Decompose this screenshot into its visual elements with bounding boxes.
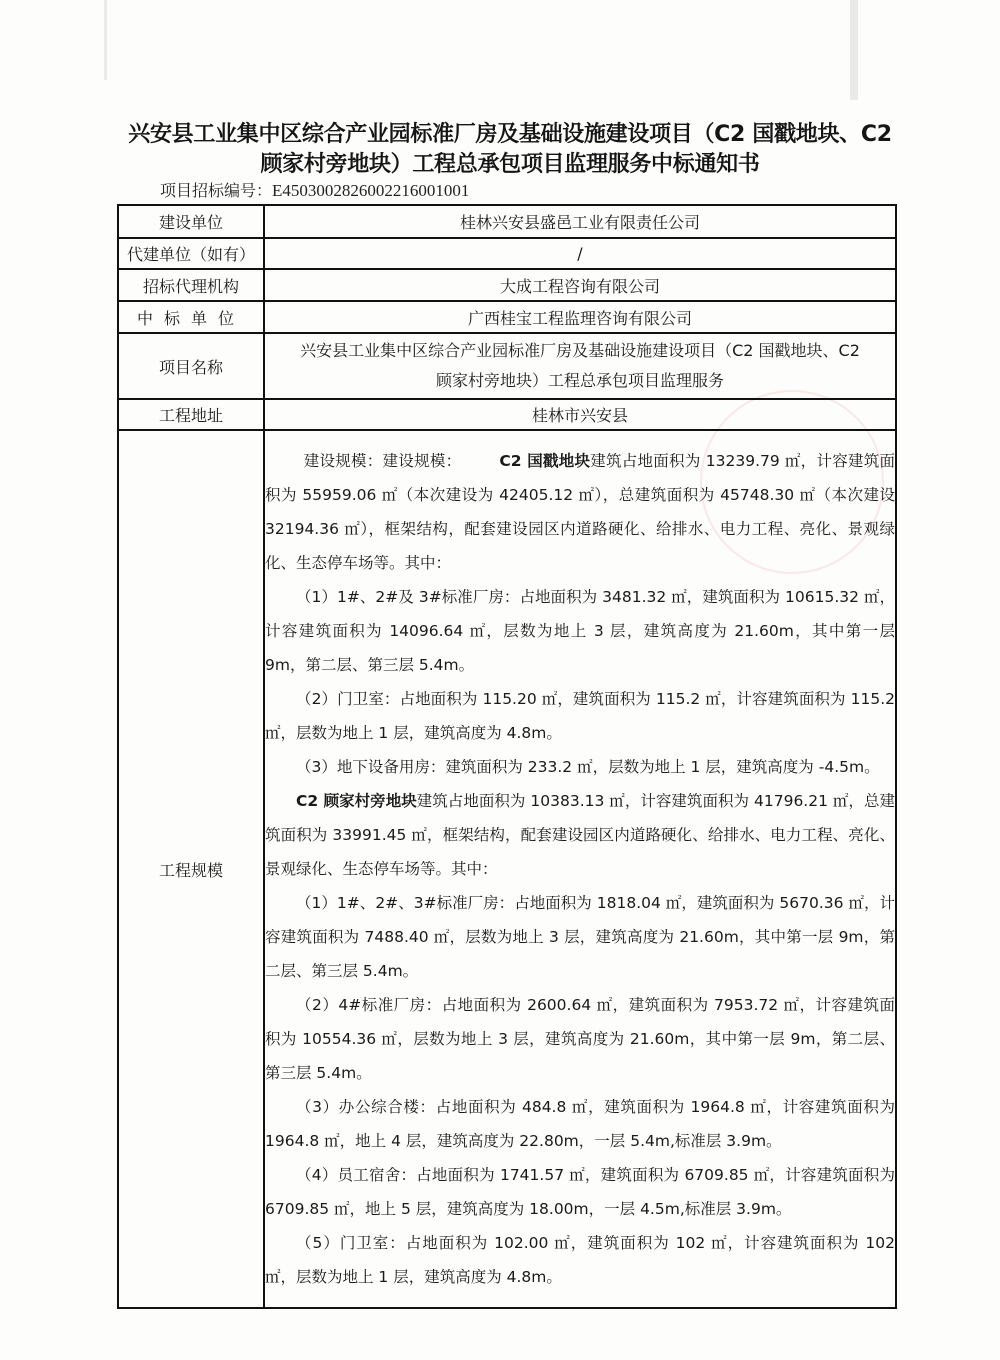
title-line-2: 顾家村旁地块）工程总承包项目监理服务中标通知书 [120,150,900,180]
scale-item: （2）门卫室：占地面积为 115.20 ㎡，建筑面积为 115.2 ㎡，计容建筑… [265,682,895,750]
table-row-scale: 工程规模 建设规模：建设规模：C2 国戳地块建筑占地面积为 13239.79 ㎡… [118,430,896,1308]
scan-artifact [850,0,858,100]
block-title: C2 顾家村旁地块 [296,792,417,810]
row-label: 代建单位（如有） [118,238,264,269]
row-label: 工程地址 [118,399,264,430]
scale-item: （2）4#标准厂房：占地面积为 2600.64 ㎡，建筑面积为 7953.72 … [265,988,895,1090]
table-row: 中标单位 广西桂宝工程监理咨询有限公司 [118,301,896,333]
row-value: 桂林市兴安县 [264,399,896,430]
row-value: 桂林兴安县盛邑工业有限责任公司 [264,205,896,238]
table-row: 项目名称 兴安县工业集中区综合产业园标准厂房及基础设施建设项目（C2 国戳地块、… [118,333,896,399]
award-notice-table: 建设单位 桂林兴安县盛邑工业有限责任公司 代建单位（如有） / 招标代理机构 大… [117,204,897,1309]
title-line-1: 兴安县工业集中区综合产业园标准厂房及基础设施建设项目（C2 国戳地块、C2 [120,120,900,150]
row-label: 工程规模 [118,430,264,1308]
row-value: / [264,238,896,269]
row-value: 广西桂宝工程监理咨询有限公司 [264,301,896,333]
table-row: 建设单位 桂林兴安县盛邑工业有限责任公司 [118,205,896,238]
document-title: 兴安县工业集中区综合产业园标准厂房及基础设施建设项目（C2 国戳地块、C2 顾家… [120,120,900,180]
tender-number: 项目招标编号：E4503002826002216001001 [160,178,469,201]
row-value: 兴安县工业集中区综合产业园标准厂房及基础设施建设项目（C2 国戳地块、C2 顾家… [264,333,896,399]
scale-item: （1）1#、2#、3#标准厂房：占地面积为 1818.04 ㎡，建筑面积为 56… [265,886,895,988]
scale-paragraph: C2 顾家村旁地块建筑占地面积为 10383.13 ㎡，计容建筑面积为 4179… [265,784,895,886]
table-row: 招标代理机构 大成工程咨询有限公司 [118,269,896,301]
row-label: 建设单位 [118,205,264,238]
block-title: C2 国戳地块 [499,452,590,470]
row-label: 项目名称 [118,333,264,399]
row-label: 招标代理机构 [118,269,264,301]
scale-item: （1）1#、2#及 3#标准厂房：占地面积为 3481.32 ㎡，建筑面积为 1… [265,580,895,682]
scale-item: （4）员工宿舍：占地面积为 1741.57 ㎡，建筑面积为 6709.85 ㎡，… [265,1158,895,1226]
row-label: 中标单位 [118,301,264,333]
project-name-line-2: 顾家村旁地块）工程总承包项目监理服务 [269,366,891,396]
table-row: 代建单位（如有） / [118,238,896,269]
row-value: 大成工程咨询有限公司 [264,269,896,301]
table-row: 工程地址 桂林市兴安县 [118,399,896,430]
scale-item: （3）地下设备用房：建筑面积为 233.2 ㎡，层数为地上 1 层，建筑高度为 … [265,750,895,784]
scale-item: （5）门卫室：占地面积为 102.00 ㎡，建筑面积为 102 ㎡，计容建筑面积… [265,1226,895,1294]
project-name-line-1: 兴安县工业集中区综合产业园标准厂房及基础设施建设项目（C2 国戳地块、C2 [269,336,891,366]
scale-paragraph: 建设规模：建设规模：C2 国戳地块建筑占地面积为 13239.79 ㎡，计容建筑… [265,444,895,580]
scale-intro: 建设规模：建设规模： [304,452,462,470]
block-text: 建筑占地面积为 13239.79 ㎡，计容建筑面积为 55959.06 ㎡（本次… [265,452,895,572]
scan-artifact [104,0,107,80]
project-scale-content: 建设规模：建设规模：C2 国戳地块建筑占地面积为 13239.79 ㎡，计容建筑… [264,430,896,1308]
scale-item: （3）办公综合楼：占地面积为 484.8 ㎡，建筑面积为 1964.8 ㎡，计容… [265,1090,895,1158]
tender-number-value: E4503002826002216001001 [272,181,469,200]
tender-number-label: 项目招标编号： [160,181,272,200]
